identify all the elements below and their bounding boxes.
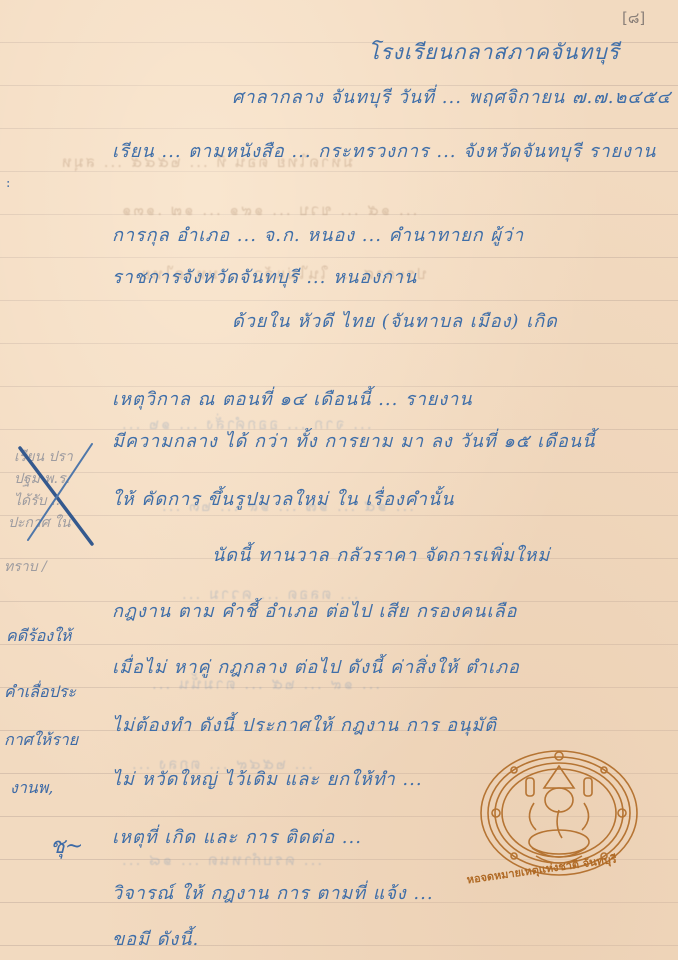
body-line: ด้วยใน หัวดี ไทย (จันทาบล เมือง) เกิด (232, 306, 558, 335)
body-line: ราชการจังหวัดจันทบุรี ... หนองกาน (112, 262, 417, 291)
office-heading: โรงเรียนกลาสภาคจันทบุรี (368, 36, 620, 69)
body-line: ไม่ หวัดใหญ่ ไว้เดิม และ ยกให้ทำ ... (112, 764, 423, 793)
cross-out-mark (14, 440, 104, 550)
margin-crossed-note: ทราบ / (4, 556, 47, 578)
body-line: กฎงาน ตาม คำชี้ อำเภอ ต่อไป เสีย กรองคนเ… (112, 596, 517, 625)
margin-note: กาศให้ราย (4, 728, 78, 753)
margin-note: คำเลื่อประ (4, 680, 76, 705)
page-number: [๘] (622, 6, 645, 30)
date-line: ศาลากลาง จันทบุรี วันที่ ... พฤศจิกายน ๗… (232, 82, 671, 111)
body-line: ให้ คัดการ ขึ้นรูปมวลใหม่ ใน เรื่องคำนั้… (112, 484, 454, 513)
bleed-through-text: ... ครบกำหนด ... ๑๘ ... (120, 848, 322, 872)
bleed-through-text: ... ๑๕ ... ขวบ ... ๑๙๑ ... ๑๗ .๑๓๑ (120, 198, 417, 222)
margin-initial: ชุ~ (50, 828, 83, 863)
body-line: วิจารณ์ ให้ กฎงาน การ ตามที่ แจ้ง ... (112, 878, 434, 907)
margin-note: งานพ, (10, 776, 53, 801)
body-line: เรียน ... ตามหนังสือ ... กระทรวงการ ... … (112, 136, 656, 165)
body-line: มีความกลาง ได้ กว่า ทั้ง การยาม มา ลง วั… (112, 426, 595, 455)
body-line: เหตุวิกาล ณ ตอนที่ ๑๔ เดือนนี้ ... รายงา… (112, 384, 473, 413)
body-line: การกุล อำเภอ ... จ.ก. หนอง ... คำนาทายก … (112, 220, 524, 249)
margin-note: คดีร้องให้ (6, 624, 71, 649)
body-line: นัดนี้ ทานวาล กลัวราคา จัดการเพิ่มใหม่ (212, 540, 550, 569)
ink-dots: : (6, 176, 10, 191)
body-line: เมื่อไม่ หาคู่ กฎกลาง ต่อไป ดังนี้ ค่าสิ… (112, 652, 520, 681)
body-line: ไม่ต้องทำ ดังนี้ ประกาศให้ กฎงาน การ อนุ… (112, 710, 497, 739)
closing-line: ขอมี ดังนี้. (112, 924, 199, 953)
body-line: เหตุที่ เกิด และ การ ติดต่อ ... (112, 822, 362, 851)
